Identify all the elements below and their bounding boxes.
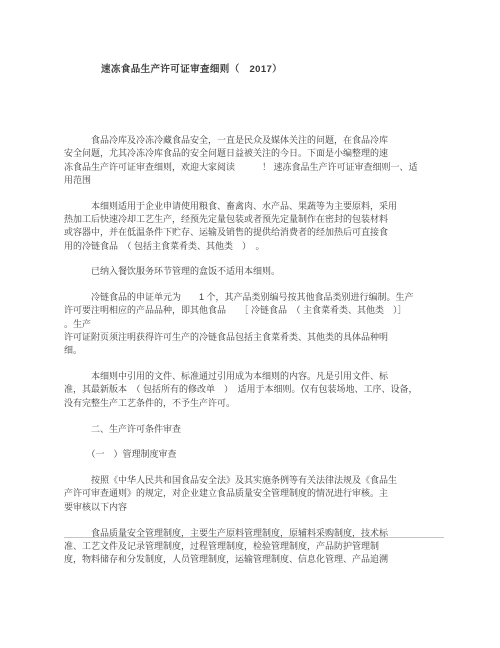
paragraph: 冷链食品的申证单元为 1 个，其产品类别编号按其他食品类别进行编制。生产许可要注… <box>64 291 444 357</box>
paragraph: 本细则适用于企业申请使用粮食、畜禽肉、水产品、果蔬等为主要原料，采用热加工后快速… <box>64 200 444 253</box>
paragraph: 食品质量安全管理制度，主要生产原料管理制度，原辅料采购制度，技术标准、工艺文件及… <box>64 527 444 567</box>
text-line: 要审核以下内容 <box>64 501 444 514</box>
text-line: （一 ）管理制度审查 <box>64 448 444 461</box>
text-line: 二、生产许可条件审查 <box>64 423 444 436</box>
text-line: 热加工后快速冷却工艺生产，经预先定量包装或者预先定量制作在密封的包装材料 <box>64 213 444 226</box>
text-line: 准、工艺文件及记录管理制度，过程管理制度，检验管理制度，产品防护管理制 <box>64 540 444 553</box>
text-line: 冷链食品的申证单元为 1 个，其产品类别编号按其他食品类别进行编制。生产 <box>64 291 444 304</box>
text-line: 已纳入餐饮服务环节管理的盒饭不适用本细则。 <box>64 265 444 278</box>
text-line: 安全问题，尤其冷冻冷库食品的安全问题日益被关注的今日。下面是小编整理的速 <box>64 147 444 160</box>
text-line: 细。 <box>64 344 444 357</box>
page-title: 速冻食品生产许可证审查细则（ 2017） <box>101 61 282 75</box>
text-line: 用的冷链食品 （ 包括主食菜肴类、其他类 ） 。 <box>64 240 444 253</box>
text-line: 用范围 <box>64 174 444 187</box>
text-line: 度，物料储存和分发制度，人员管理制度，运输管理制度、信息化管理、产品追溯 <box>64 553 444 566</box>
document-body: 食品冷库及冷冻冷藏食品安全，一直是民众及媒体关注的问题，在食品冷库安全问题，尤其… <box>64 134 444 579</box>
text-line: 产许可审查通则》的规定，对企业建立食品质量安全管理制度的情况进行审核。主 <box>64 487 444 500</box>
text-line: 本细则中引用的文件、标准通过引用成为本细则的内容。凡是引用文件、标 <box>64 370 444 383</box>
document-page: 速冻食品生产许可证审查细则（ 2017） 食品冷库及冷冻冷藏食品安全，一直是民众… <box>0 0 500 648</box>
text-line: 按照《中华人民共和国食品安全法》及其实施条例等有关法律法规及《食品生 <box>64 474 444 487</box>
text-line: 。生产 <box>64 318 444 331</box>
text-line: 许可证附页须注明获得许可生产的冷链食品包括主食菜肴类、其他类的具体品种明 <box>64 331 444 344</box>
text-line: 本细则适用于企业申请使用粮食、畜禽肉、水产品、果蔬等为主要原料，采用 <box>64 200 444 213</box>
underlined-text-line: 食品质量安全管理制度，主要生产原料管理制度，原辅料采购制度，技术标 <box>64 527 444 540</box>
paragraph: 本细则中引用的文件、标准通过引用成为本细则的内容。凡是引用文件、标准，其最新版本… <box>64 370 444 410</box>
text-line: 没有完整生产工艺条件的，不予生产许可。 <box>64 397 444 410</box>
text-line: 许可要注明相应的产品品种，即其他食品 ［ 冷链食品 （ 主食菜肴类、其他类 ）］ <box>64 304 444 317</box>
text-line: 冻食品生产许可证审查细则，欢迎大家阅读 ！ 速冻食品生产许可证审查细则一、适 <box>64 161 444 174</box>
text-line: 或容器中，并在低温条件下贮存、运输及销售的提供给消费者的经加热后可直接食 <box>64 226 444 239</box>
paragraph: 按照《中华人民共和国食品安全法》及其实施条例等有关法律法规及《食品生产许可审查通… <box>64 474 444 514</box>
paragraph: （一 ）管理制度审查 <box>64 448 444 461</box>
paragraph: 食品冷库及冷冻冷藏食品安全，一直是民众及媒体关注的问题，在食品冷库安全问题，尤其… <box>64 134 444 187</box>
paragraph: 已纳入餐饮服务环节管理的盒饭不适用本细则。 <box>64 265 444 278</box>
text-line: 食品冷库及冷冻冷藏食品安全，一直是民众及媒体关注的问题，在食品冷库 <box>64 134 444 147</box>
text-line: 准，其最新版本 （ 包括所有的修改单 ） 适用于本细则。仅有包装场地、工序、设备… <box>64 383 444 396</box>
paragraph: 二、生产许可条件审查 <box>64 423 444 436</box>
